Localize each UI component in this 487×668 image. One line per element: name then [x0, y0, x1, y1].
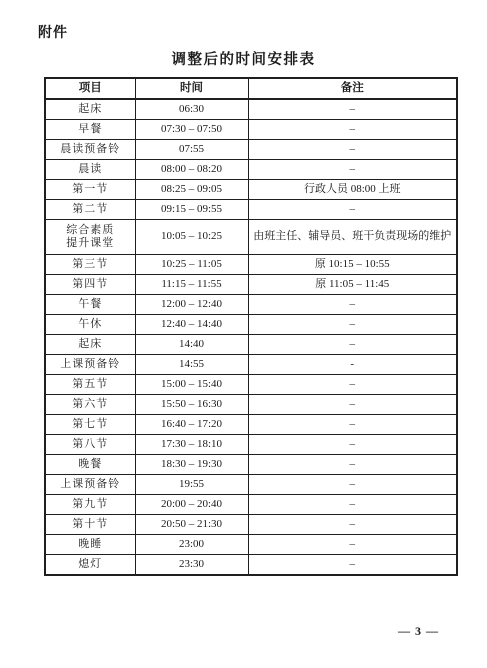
item-cell: 上课预备铃 [45, 475, 135, 495]
page-title: 调整后的时间安排表 [0, 48, 487, 69]
table-row: 熄灯 23:30 – [45, 555, 457, 576]
item-cell: 早餐 [45, 120, 135, 140]
item-cell: 第十节 [45, 515, 135, 535]
remark-cell: 原 11:05 – 11:45 [248, 275, 457, 295]
remark-cell: – [248, 495, 457, 515]
remark-cell: – [248, 315, 457, 335]
table-row: 早餐 07:30 – 07:50 – [45, 120, 457, 140]
remark-cell: – [248, 535, 457, 555]
time-cell: 10:05 – 10:25 [135, 220, 248, 255]
table-row: 晨读预备铃 07:55 – [45, 140, 457, 160]
time-cell: 08:00 – 08:20 [135, 160, 248, 180]
time-cell: 16:40 – 17:20 [135, 415, 248, 435]
item-cell: 午餐 [45, 295, 135, 315]
remark-cell: – [248, 99, 457, 120]
item-cell: 晨读 [45, 160, 135, 180]
remark-cell: – [248, 395, 457, 415]
time-cell: 07:55 [135, 140, 248, 160]
table-row: 晚餐 18:30 – 19:30 – [45, 455, 457, 475]
time-cell: 15:50 – 16:30 [135, 395, 248, 415]
time-cell: 18:30 – 19:30 [135, 455, 248, 475]
table-row: 第五节 15:00 – 15:40 – [45, 375, 457, 395]
time-cell: 23:30 [135, 555, 248, 576]
time-cell: 08:25 – 09:05 [135, 180, 248, 200]
table-row: 综合素质 提升课堂 10:05 – 10:25 由班主任、辅导员、班干负责现场的… [45, 220, 457, 255]
time-cell: 11:15 – 11:55 [135, 275, 248, 295]
table-row: 午餐 12:00 – 12:40 – [45, 295, 457, 315]
remark-cell: – [248, 515, 457, 535]
table-row: 第九节 20:00 – 20:40 – [45, 495, 457, 515]
table-row: 起床 06:30 – [45, 99, 457, 120]
table-row: 第一节 08:25 – 09:05 行政人员 08:00 上班 [45, 180, 457, 200]
item-cell: 晚餐 [45, 455, 135, 475]
item-cell: 第五节 [45, 375, 135, 395]
remark-cell: – [248, 295, 457, 315]
table-row: 第二节 09:15 – 09:55 – [45, 200, 457, 220]
item-cell: 第三节 [45, 255, 135, 275]
item-cell: 午休 [45, 315, 135, 335]
remark-cell: 行政人员 08:00 上班 [248, 180, 457, 200]
item-cell: 起床 [45, 99, 135, 120]
table-row: 第七节 16:40 – 17:20 – [45, 415, 457, 435]
table-row: 上课预备铃 14:55 - [45, 355, 457, 375]
table-row: 晚睡 23:00 – [45, 535, 457, 555]
table-row: 上课预备铃 19:55 – [45, 475, 457, 495]
item-cell: 第七节 [45, 415, 135, 435]
item-cell: 第六节 [45, 395, 135, 415]
remark-cell: – [248, 415, 457, 435]
time-cell: 20:00 – 20:40 [135, 495, 248, 515]
table-row: 第三节 10:25 – 11:05 原 10:15 – 10:55 [45, 255, 457, 275]
item-cell: 第九节 [45, 495, 135, 515]
item-cell: 熄灯 [45, 555, 135, 576]
time-cell: 10:25 – 11:05 [135, 255, 248, 275]
time-cell: 14:55 [135, 355, 248, 375]
remark-cell: – [248, 555, 457, 576]
remark-cell: – [248, 435, 457, 455]
item-cell: 第一节 [45, 180, 135, 200]
time-cell: 14:40 [135, 335, 248, 355]
table-row: 起床 14:40 – [45, 335, 457, 355]
remark-cell: - [248, 355, 457, 375]
item-cell: 第四节 [45, 275, 135, 295]
header-row: 项目 时间 备注 [45, 78, 457, 99]
header-item: 项目 [45, 78, 135, 99]
table-row: 第四节 11:15 – 11:55 原 11:05 – 11:45 [45, 275, 457, 295]
time-cell: 12:40 – 14:40 [135, 315, 248, 335]
time-cell: 20:50 – 21:30 [135, 515, 248, 535]
header-remark: 备注 [248, 78, 457, 99]
table-row: 第十节 20:50 – 21:30 – [45, 515, 457, 535]
time-cell: 23:00 [135, 535, 248, 555]
remark-cell: – [248, 200, 457, 220]
schedule-table: 项目 时间 备注 起床 06:30 – 早餐 07:30 – 07:50 – 晨… [44, 77, 458, 576]
table-row: 晨读 08:00 – 08:20 – [45, 160, 457, 180]
table-row: 第八节 17:30 – 18:10 – [45, 435, 457, 455]
remark-cell: 由班主任、辅导员、班干负责现场的维护 [248, 220, 457, 255]
table-row: 午休 12:40 – 14:40 – [45, 315, 457, 335]
attachment-label: 附件 [38, 22, 68, 42]
remark-cell: – [248, 455, 457, 475]
item-cell: 第八节 [45, 435, 135, 455]
time-cell: 06:30 [135, 99, 248, 120]
item-cell: 上课预备铃 [45, 355, 135, 375]
header-time: 时间 [135, 78, 248, 99]
remark-cell: – [248, 160, 457, 180]
remark-cell: 原 10:15 – 10:55 [248, 255, 457, 275]
remark-cell: – [248, 335, 457, 355]
time-cell: 09:15 – 09:55 [135, 200, 248, 220]
remark-cell: – [248, 375, 457, 395]
remark-cell: – [248, 475, 457, 495]
remark-cell: – [248, 120, 457, 140]
time-cell: 12:00 – 12:40 [135, 295, 248, 315]
item-cell: 晨读预备铃 [45, 140, 135, 160]
time-cell: 17:30 – 18:10 [135, 435, 248, 455]
item-cell: 晚睡 [45, 535, 135, 555]
item-cell: 第二节 [45, 200, 135, 220]
time-cell: 19:55 [135, 475, 248, 495]
time-cell: 07:30 – 07:50 [135, 120, 248, 140]
item-cell: 综合素质 提升课堂 [45, 220, 135, 255]
page-number: — 3 — [398, 624, 439, 639]
item-cell: 起床 [45, 335, 135, 355]
table-row: 第六节 15:50 – 16:30 – [45, 395, 457, 415]
time-cell: 15:00 – 15:40 [135, 375, 248, 395]
remark-cell: – [248, 140, 457, 160]
